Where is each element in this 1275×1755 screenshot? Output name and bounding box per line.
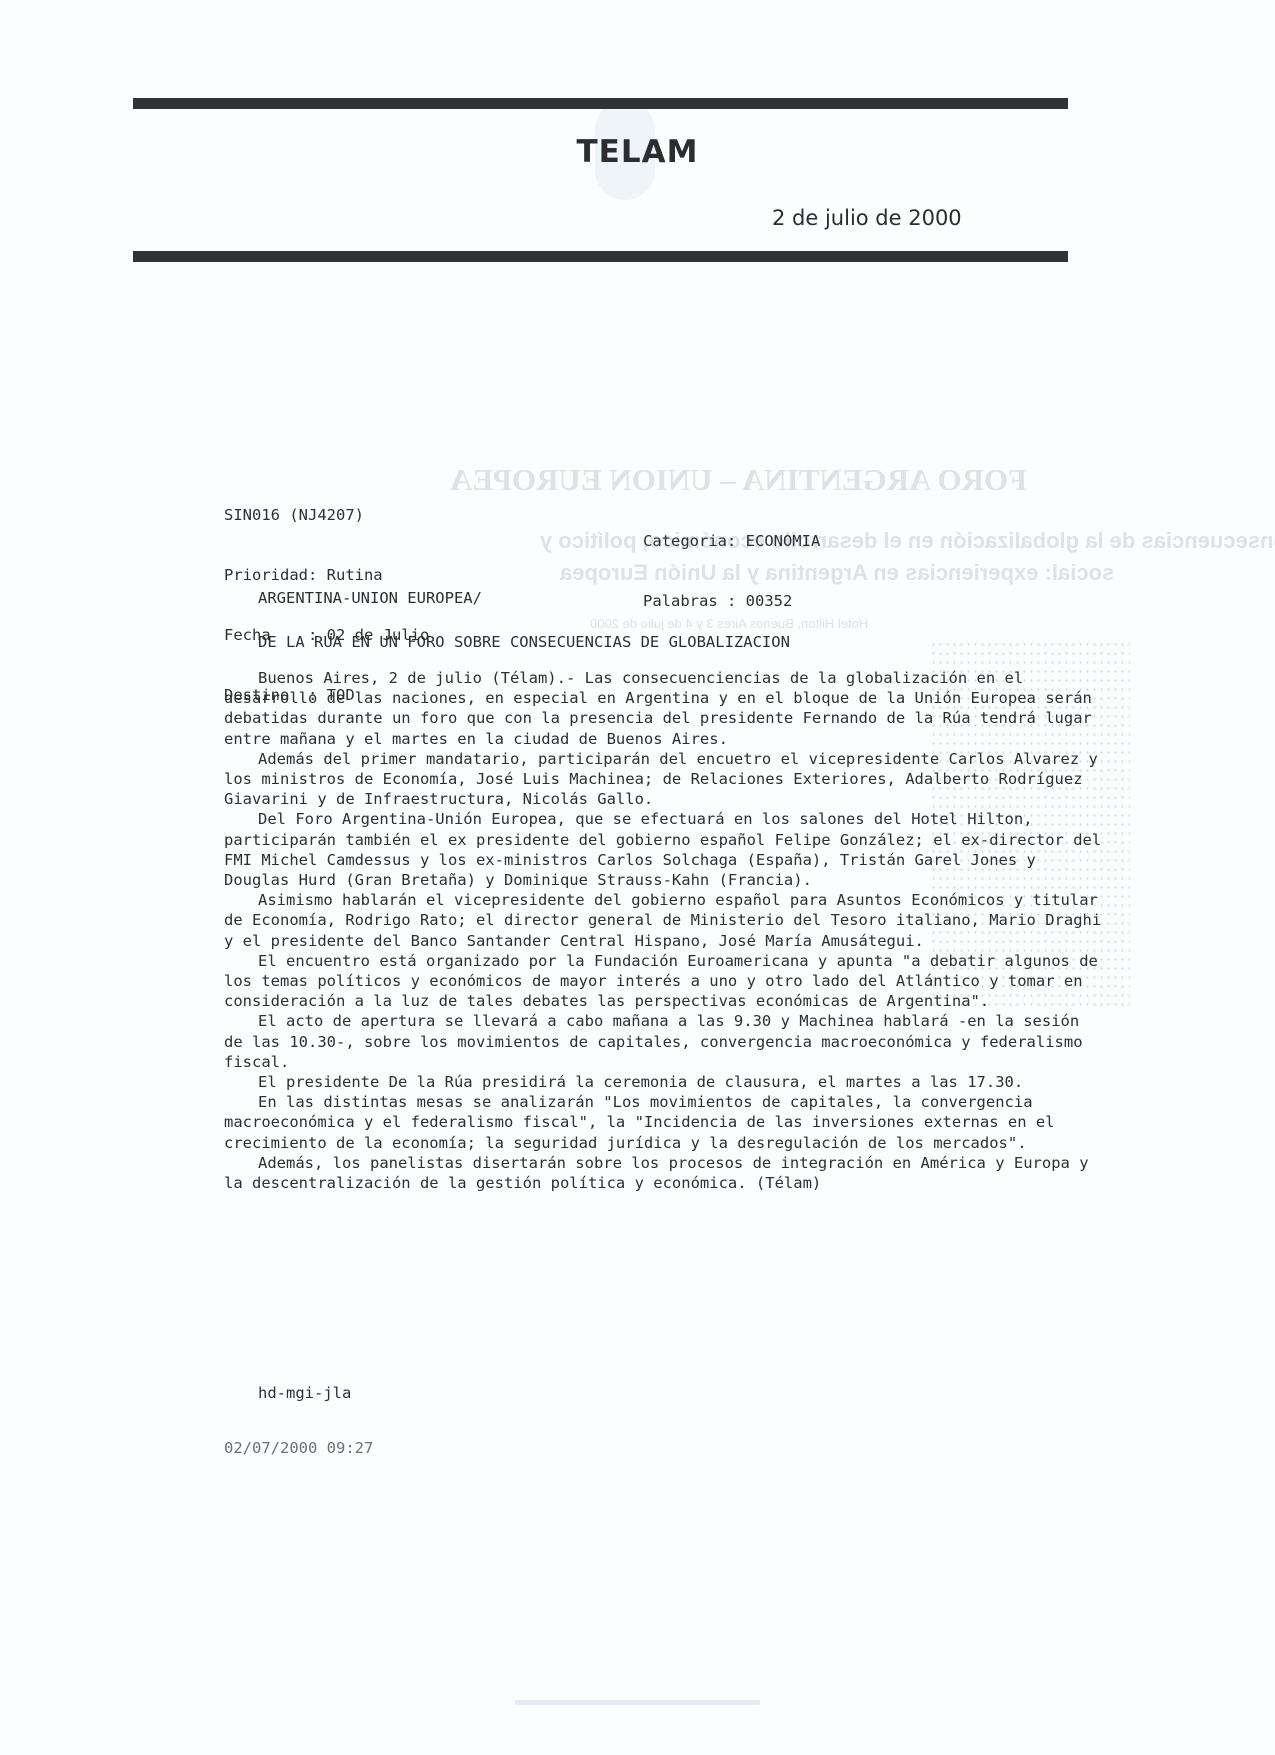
- paragraph: Del Foro Argentina-Unión Europea, que se…: [224, 809, 1104, 890]
- paragraph: En las distintas mesas se analizarán "Lo…: [224, 1092, 1104, 1153]
- agency-title: TELAM: [0, 134, 1275, 170]
- paragraph: El encuentro está organizado por la Fund…: [224, 951, 1104, 1012]
- paragraph: El presidente De la Rúa presidirá la cer…: [224, 1072, 1104, 1092]
- article-body: Buenos Aires, 2 de julio (Télam).- Las c…: [224, 668, 1104, 1193]
- article-headline: DE LA RUA EN UN FORO SOBRE CONSECUENCIAS…: [258, 632, 790, 652]
- paragraph: Buenos Aires, 2 de julio (Télam).- Las c…: [224, 668, 1104, 749]
- header-rule-top: [133, 98, 1068, 109]
- article-slug: ARGENTINA-UNION EUROPEA/: [258, 588, 482, 608]
- transmission-timestamp: 02/07/2000 09:27: [224, 1438, 373, 1458]
- header-date: 2 de julio de 2000: [772, 206, 962, 230]
- wire-metadata-right: Categoria: ECONOMIA Palabras : 00352: [643, 491, 820, 631]
- wire-word-count: Palabras : 00352: [643, 591, 820, 611]
- header-rule-bottom: [133, 251, 1068, 262]
- wire-category: Categoria: ECONOMIA: [643, 531, 820, 551]
- paragraph: Además del primer mandatario, participar…: [224, 749, 1104, 810]
- wire-code: SIN016 (NJ4207): [224, 505, 429, 525]
- paragraph: El acto de apertura se llevará a cabo ma…: [224, 1011, 1104, 1072]
- article-signoff: hd-mgi-jla: [258, 1383, 351, 1403]
- paragraph: Además, los panelistas disertarán sobre …: [224, 1153, 1104, 1193]
- paragraph: Asimismo hablarán el vicepresidente del …: [224, 890, 1104, 951]
- wire-priority: Prioridad: Rutina: [224, 565, 429, 585]
- footer-mark: [515, 1700, 760, 1705]
